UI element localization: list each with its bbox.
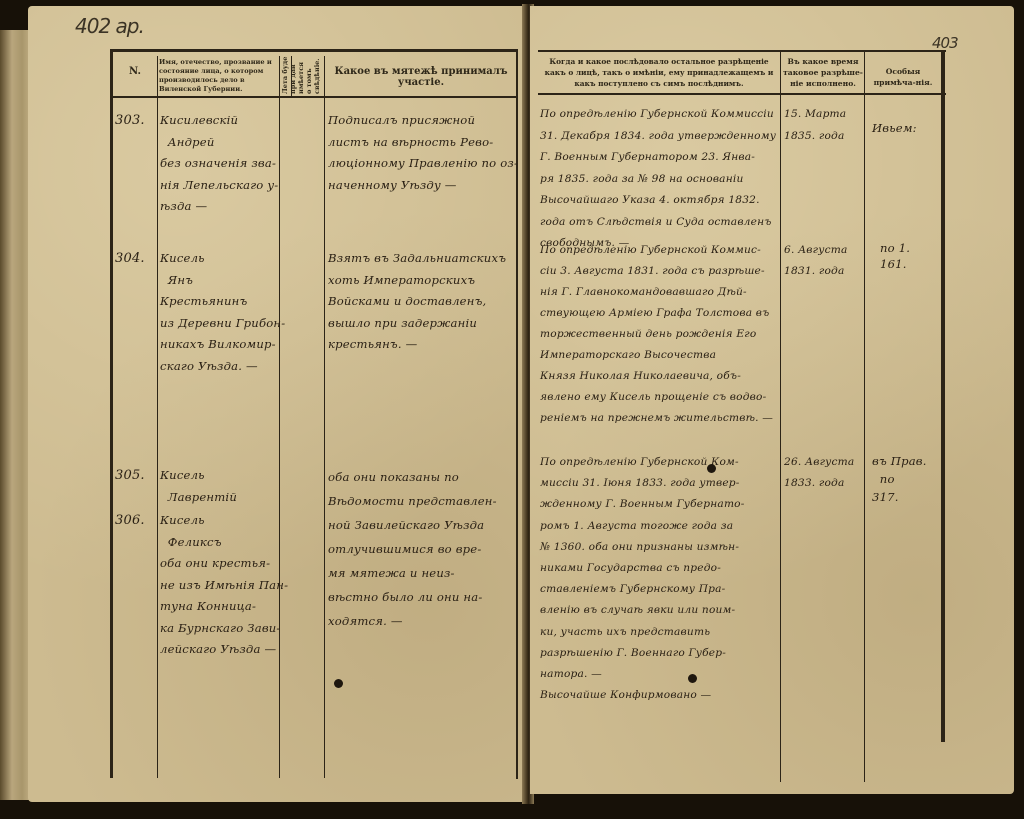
- header-number: N.: [114, 66, 156, 77]
- right-col-divider-2: [864, 52, 865, 782]
- entry-person-name: Кисель Лаврентій: [160, 465, 237, 508]
- binding-hole: [707, 464, 716, 473]
- entry-participation: Взятъ въ Задальниатскихъ хоть Императорс…: [328, 248, 506, 356]
- entry-resolution: По опредѣленію Губернской Коммиссіи 31. …: [540, 104, 776, 255]
- header-executed-when: Въ какое время таковое разрѣше-ніе испол…: [782, 56, 864, 89]
- binding-hole: [334, 679, 343, 688]
- entry-resolution: По опредѣленію Губернской Коммис- сіи 3.…: [540, 240, 773, 429]
- entry-number: 305.: [115, 465, 145, 487]
- left-col-divider-3: [324, 56, 325, 778]
- entry-person-name: Кисилевскій Андрей без означенія зва- ні…: [160, 110, 278, 218]
- left-col-divider-1: [157, 56, 158, 778]
- entry-resolution: По опредѣленію Губернской Ком- миссіи 31…: [540, 452, 745, 706]
- right-header-top-rule: [538, 50, 946, 52]
- entry-participation: оба они показаны по Вѣдомости представле…: [328, 465, 497, 633]
- entry-person-name: Кисель Феликсъ оба они крестья- не изъ И…: [160, 510, 288, 661]
- header-notes: Особыя примѣча-нія.: [866, 66, 940, 88]
- left-header-bottom-rule: [112, 96, 518, 98]
- left-col-divider-2: [279, 56, 280, 778]
- header-participation: Какое въ мятежѣ принималъ участіе.: [326, 66, 516, 88]
- entry-executed-when: 6. Августа 1831. года: [784, 240, 847, 282]
- entry-executed-when: 15. Марта 1835. года: [784, 104, 846, 147]
- left-header-top-rule: [112, 49, 518, 52]
- right-header-bottom-rule: [538, 93, 946, 95]
- entry-notes: въ Прав. по 317.: [872, 452, 927, 506]
- binding-hole: [688, 674, 697, 683]
- left-folio-number: 402 ap.: [75, 14, 144, 38]
- entry-number: 304.: [115, 248, 145, 270]
- header-person: Имя, отечество, прозвание и состояние ли…: [159, 58, 279, 94]
- left-border-line: [110, 49, 113, 778]
- entry-number: 303.: [115, 110, 145, 132]
- header-age: Лета буде при дан имѣется о томъ свѣдѣні…: [281, 56, 291, 94]
- right-col-divider-1: [780, 52, 781, 782]
- entry-person-name: Кисель Янъ Крестьянинъ из Деревни Грибон…: [160, 248, 285, 377]
- entry-notes: Ивьем:: [872, 118, 917, 140]
- entry-number: 306.: [115, 510, 145, 532]
- entry-executed-when: 26. Августа 1833. года: [784, 452, 854, 494]
- right-border-line: [941, 52, 945, 742]
- entry-notes: по 1. 161.: [880, 240, 910, 272]
- header-resolution: Когда и какое послѣдовало остальное разр…: [538, 56, 780, 89]
- entry-participation: Подписалъ присяжной листъ на вѣрность Ре…: [328, 110, 518, 196]
